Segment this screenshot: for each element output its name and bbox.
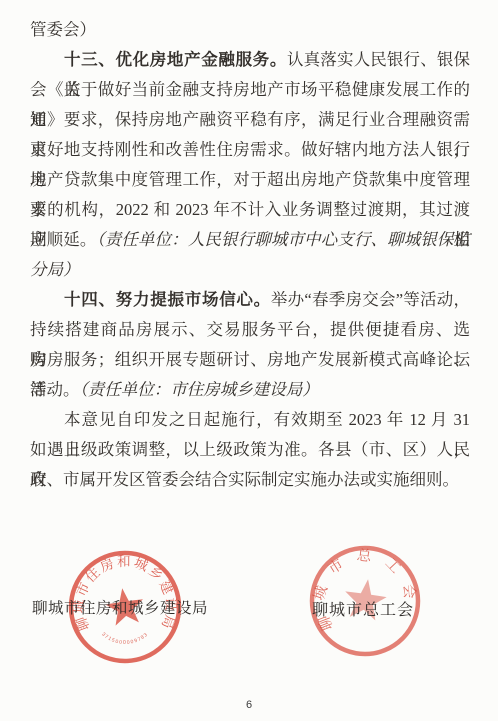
body-segment: 分局） [30, 260, 80, 279]
text-line: 求的机构，2022 和 2023 年不计入业务调整过渡期，其过渡期相 [30, 195, 470, 225]
body-segment: 应顺延。 [30, 230, 96, 249]
body-segment: 活动。 [30, 380, 80, 399]
document-page: 管委会）十三、优化房地产金融服务。认真落实人民银行、银保监会《关于做好当前金融支… [0, 0, 498, 721]
seal-left-code: 3715000009783 [100, 631, 149, 646]
page-number: 6 [0, 699, 498, 711]
text-body: 管委会）十三、优化房地产金融服务。认真落实人民银行、银保监会《关于做好当前金融支… [30, 15, 470, 495]
text-line: 十三、优化房地产金融服务。认真落实人民银行、银保监 [30, 45, 470, 75]
text-line: 活动。（责任单位：市住房城乡建设局） [30, 375, 470, 405]
text-line: 持续搭建商品房展示、交易服务平台，提供便捷看房、选房、 [30, 315, 470, 345]
signature-left-org: 聊城市住房和城乡建设局 [32, 596, 208, 618]
text-line: 如遇上级政策调整，以上级政策为准。各县（市、区）人民政 [30, 435, 470, 465]
text-line: 十四、努力提振市场信心。举办“春季房交会”等活动， [30, 285, 470, 315]
text-line: 会《关于做好当前金融支持房地产市场平稳健康发展工作的通 [30, 75, 470, 105]
text-line: 应顺延。（责任单位：人民银行聊城市中心支行、聊城银保监 [30, 225, 470, 255]
signature-right-org: 聊城市总工会 [312, 597, 414, 620]
text-line: 地产贷款集中度管理工作，对于超出房地产贷款集中度管理要 [30, 165, 470, 195]
svg-text:3715000009783: 3715000009783 [100, 631, 149, 646]
text-line: 管委会） [30, 15, 470, 45]
body-segment: 府、市属开发区管委会结合实际制定实施办法或实施细则。 [30, 470, 459, 489]
body-segment: 举办“春季房交会”等活动， [271, 290, 470, 309]
text-line: 知》要求，保持房地产融资平稳有序，满足行业合理融资需求， [30, 105, 470, 135]
text-line: 本意见自印发之日起施行，有效期至 2023 年 12 月 31 日， [30, 405, 470, 435]
heading-segment: 十三、优化房地产金融服务。 [64, 51, 287, 69]
body-segment: 管委会） [30, 20, 96, 39]
heading-segment: 十四、努力提振市场信心。 [64, 291, 271, 309]
text-line: 府、市属开发区管委会结合实际制定实施办法或实施细则。 [30, 465, 470, 495]
text-line: 更好地支持刚性和改善性住房需求。做好辖内地方法人银行房 [30, 135, 470, 165]
text-line: 分局） [30, 255, 470, 285]
body-segment: （责任单位：市住房城乡建设局） [80, 380, 319, 399]
body-segment: （责任单位：人民银行聊城市中心支行、聊城银保监 [96, 230, 470, 249]
text-line: 购房服务；组织开展专题研讨、房地产发展新模式高峰论坛等 [30, 345, 470, 375]
